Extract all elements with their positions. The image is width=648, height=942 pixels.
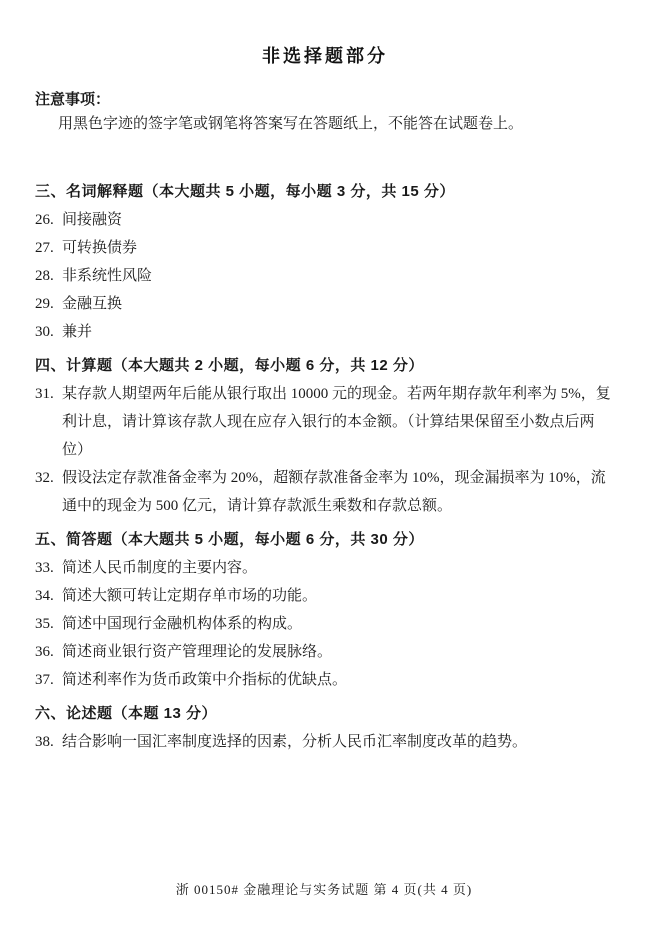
question-text: 简述利率作为货币政策中介指标的优缺点。 bbox=[62, 666, 615, 694]
question-number: 34. bbox=[35, 582, 62, 610]
exam-section: 五、简答题（本大题共 5 小题，每小题 6 分，共 30 分） 33. 简述人民… bbox=[35, 526, 615, 694]
question-item: 36. 简述商业银行资产管理理论的发展脉络。 bbox=[35, 638, 615, 666]
question-item: 30. 兼并 bbox=[35, 318, 615, 346]
question-text: 简述商业银行资产管理理论的发展脉络。 bbox=[62, 638, 615, 666]
question-text: 兼并 bbox=[62, 318, 615, 346]
page-footer: 浙 00150# 金融理论与实务试题 第 4 页(共 4 页) bbox=[0, 882, 648, 898]
question-text: 假设法定存款准备金率为 20%，超额存款准备金率为 10%，现金漏损率为 10%… bbox=[62, 464, 615, 520]
question-text: 某存款人期望两年后能从银行取出 10000 元的现金。若两年期存款年利率为 5%… bbox=[62, 380, 615, 464]
question-text: 非系统性风险 bbox=[62, 262, 615, 290]
question-number: 38. bbox=[35, 728, 62, 756]
section-heading: 三、名词解释题（本大题共 5 小题，每小题 3 分，共 15 分） bbox=[35, 178, 615, 206]
section-items: 33. 简述人民币制度的主要内容。 34. 简述大额可转让定期存单市场的功能。 … bbox=[35, 554, 615, 694]
section-heading: 五、简答题（本大题共 5 小题，每小题 6 分，共 30 分） bbox=[35, 526, 615, 554]
question-item: 31. 某存款人期望两年后能从银行取出 10000 元的现金。若两年期存款年利率… bbox=[35, 380, 615, 464]
question-number: 35. bbox=[35, 610, 62, 638]
section-items: 31. 某存款人期望两年后能从银行取出 10000 元的现金。若两年期存款年利率… bbox=[35, 380, 615, 520]
question-item: 27. 可转换债券 bbox=[35, 234, 615, 262]
notice-instruction: 用黑色字迹的签字笔或钢笔将答案写在答题纸上，不能答在试题卷上。 bbox=[35, 112, 615, 136]
section-heading: 四、计算题（本大题共 2 小题，每小题 6 分，共 12 分） bbox=[35, 352, 615, 380]
question-text: 简述人民币制度的主要内容。 bbox=[62, 554, 615, 582]
question-item: 28. 非系统性风险 bbox=[35, 262, 615, 290]
question-text: 金融互换 bbox=[62, 290, 615, 318]
question-item: 37. 简述利率作为货币政策中介指标的优缺点。 bbox=[35, 666, 615, 694]
question-text: 简述中国现行金融机构体系的构成。 bbox=[62, 610, 615, 638]
question-item: 34. 简述大额可转让定期存单市场的功能。 bbox=[35, 582, 615, 610]
question-number: 29. bbox=[35, 290, 62, 318]
question-item: 32. 假设法定存款准备金率为 20%，超额存款准备金率为 10%，现金漏损率为… bbox=[35, 464, 615, 520]
exam-page: 非选择题部分 注意事项： 用黑色字迹的签字笔或钢笔将答案写在答题纸上，不能答在试… bbox=[0, 0, 648, 942]
question-number: 27. bbox=[35, 234, 62, 262]
question-number: 28. bbox=[35, 262, 62, 290]
question-item: 33. 简述人民币制度的主要内容。 bbox=[35, 554, 615, 582]
question-number: 31. bbox=[35, 380, 62, 408]
question-number: 32. bbox=[35, 464, 62, 492]
question-text: 结合影响一国汇率制度选择的因素，分析人民币汇率制度改革的趋势。 bbox=[62, 728, 615, 756]
question-item: 35. 简述中国现行金融机构体系的构成。 bbox=[35, 610, 615, 638]
exam-section: 四、计算题（本大题共 2 小题，每小题 6 分，共 12 分） 31. 某存款人… bbox=[35, 352, 615, 520]
section-heading: 六、论述题（本题 13 分） bbox=[35, 700, 615, 728]
question-number: 26. bbox=[35, 206, 62, 234]
section-items: 38. 结合影响一国汇率制度选择的因素，分析人民币汇率制度改革的趋势。 bbox=[35, 728, 615, 756]
question-text: 间接融资 bbox=[62, 206, 615, 234]
page-title: 非选择题部分 bbox=[35, 44, 615, 68]
question-text: 简述大额可转让定期存单市场的功能。 bbox=[62, 582, 615, 610]
notice-label: 注意事项： bbox=[35, 88, 615, 112]
exam-section: 六、论述题（本题 13 分） 38. 结合影响一国汇率制度选择的因素，分析人民币… bbox=[35, 700, 615, 756]
sections-container: 三、名词解释题（本大题共 5 小题，每小题 3 分，共 15 分） 26. 间接… bbox=[35, 178, 615, 756]
section-items: 26. 间接融资 27. 可转换债券 28. 非系统性风险 29. 金融互换 3… bbox=[35, 206, 615, 346]
question-number: 33. bbox=[35, 554, 62, 582]
question-text: 可转换债券 bbox=[62, 234, 615, 262]
question-item: 26. 间接融资 bbox=[35, 206, 615, 234]
question-item: 29. 金融互换 bbox=[35, 290, 615, 318]
question-number: 36. bbox=[35, 638, 62, 666]
question-number: 30. bbox=[35, 318, 62, 346]
exam-section: 三、名词解释题（本大题共 5 小题，每小题 3 分，共 15 分） 26. 间接… bbox=[35, 178, 615, 346]
question-item: 38. 结合影响一国汇率制度选择的因素，分析人民币汇率制度改革的趋势。 bbox=[35, 728, 615, 756]
question-number: 37. bbox=[35, 666, 62, 694]
